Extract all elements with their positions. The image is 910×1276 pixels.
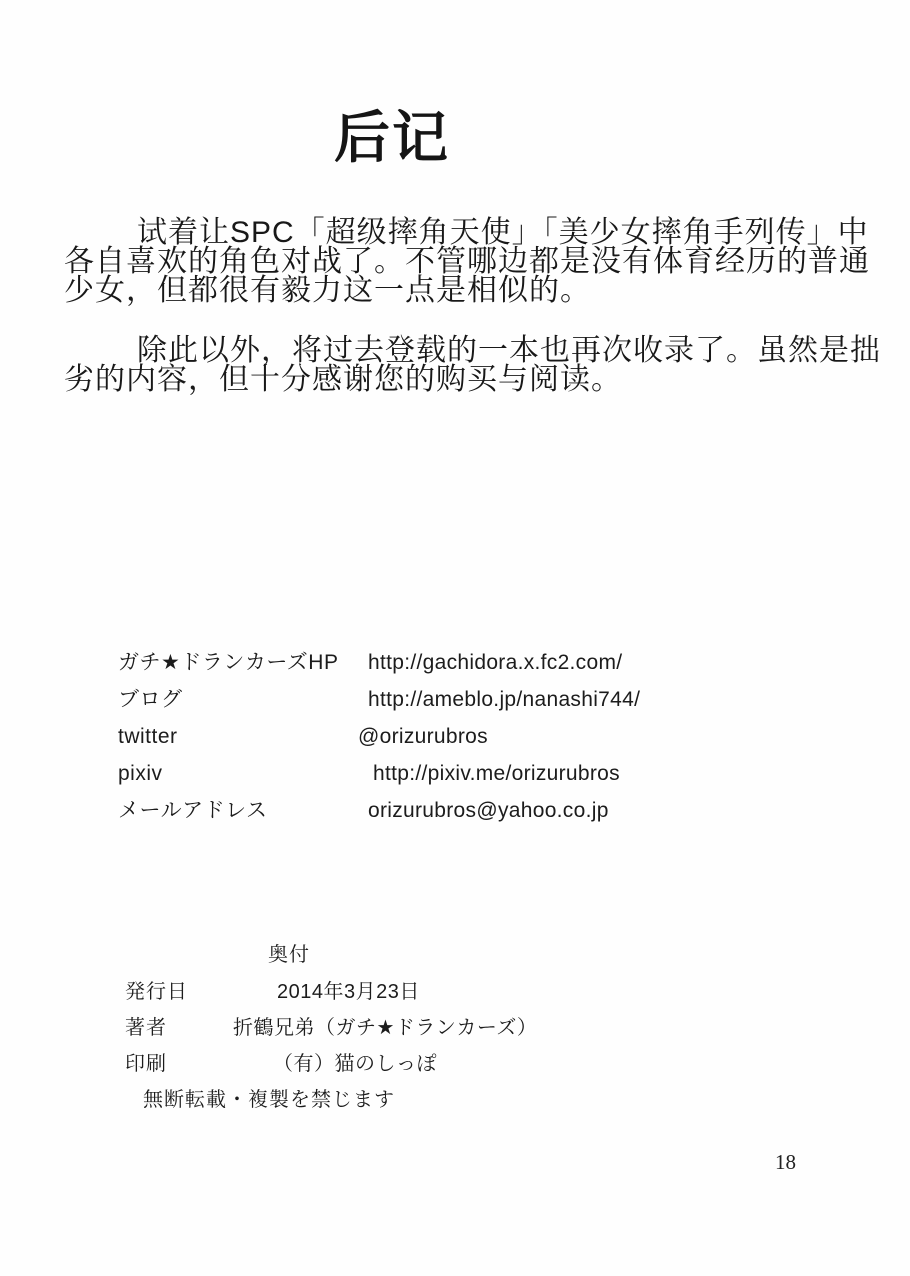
contact-label: ブログ [118, 688, 368, 710]
contact-email-address: orizurubros@yahoo.co.jp [368, 799, 609, 821]
contact-row-twitter: twitter @orizurubros [118, 725, 758, 747]
author-name: 折鶴兄弟（ガチ★ドランカーズ） [233, 1017, 537, 1039]
colophon: 奥付 発行日 2014年3月23日 著者 折鶴兄弟（ガチ★ドランカーズ） 印刷 … [125, 944, 725, 1111]
publication-date: 2014年3月23日 [277, 981, 420, 1003]
colophon-label: 印刷 [125, 1053, 167, 1075]
contact-row-email: メールアドレス orizurubros@yahoo.co.jp [118, 799, 758, 821]
paragraph-line: 少女，但都很有毅力这一点是相似的。 [64, 276, 864, 305]
contact-url-pixiv: http://pixiv.me/orizurubros [373, 762, 620, 784]
afterword-paragraph-2: 除此以外，将过去登载的一本也再次收录了。虽然是拙 劣的内容，但十分感谢您的购买与… [64, 336, 864, 394]
paragraph-line: 试着让SPC「超级摔角天使」「美少女摔角手列传」中 [64, 218, 864, 247]
contact-handle-twitter: @orizurubros [358, 725, 488, 747]
afterword-page: 后记 试着让SPC「超级摔角天使」「美少女摔角手列传」中 各自喜欢的角色对战了。… [0, 0, 910, 1276]
contact-label: メールアドレス [118, 799, 368, 821]
colophon-row-author: 著者 折鶴兄弟（ガチ★ドランカーズ） [125, 1017, 725, 1039]
colophon-row-publication-date: 発行日 2014年3月23日 [125, 981, 725, 1003]
contact-row-pixiv: pixiv http://pixiv.me/orizurubros [118, 762, 758, 784]
printer-name: （有）猫のしっぽ [273, 1053, 437, 1075]
contact-label: twitter [118, 725, 368, 747]
contact-row-homepage: ガチ★ドランカーズHP http://gachidora.x.fc2.com/ [118, 651, 758, 673]
colophon-label: 著者 [125, 1017, 167, 1039]
page-title: 后记 [0, 94, 784, 174]
colophon-heading: 奥付 [268, 944, 725, 966]
colophon-label: 発行日 [125, 981, 188, 1003]
colophon-row-printer: 印刷 （有）猫のしっぽ [125, 1053, 725, 1075]
paragraph-line: 除此以外，将过去登载的一本也再次收录了。虽然是拙 [64, 336, 864, 365]
contact-url-blog: http://ameblo.jp/nanashi744/ [368, 688, 640, 710]
page-number: 18 [775, 1150, 796, 1175]
afterword-paragraph-1: 试着让SPC「超级摔角天使」「美少女摔角手列传」中 各自喜欢的角色对战了。不管哪… [64, 218, 864, 305]
paragraph-line: 劣的内容，但十分感谢您的购买与阅读。 [64, 365, 864, 394]
contact-row-blog: ブログ http://ameblo.jp/nanashi744/ [118, 688, 758, 710]
contact-label: pixiv [118, 762, 368, 784]
contact-list: ガチ★ドランカーズHP http://gachidora.x.fc2.com/ … [118, 651, 758, 836]
contact-url-homepage: http://gachidora.x.fc2.com/ [368, 651, 622, 673]
copyright-notice: 無断転載・複製を禁じます [143, 1089, 725, 1111]
paragraph-line: 各自喜欢的角色对战了。不管哪边都是没有体育经历的普通 [64, 247, 864, 276]
contact-label: ガチ★ドランカーズHP [118, 651, 368, 673]
